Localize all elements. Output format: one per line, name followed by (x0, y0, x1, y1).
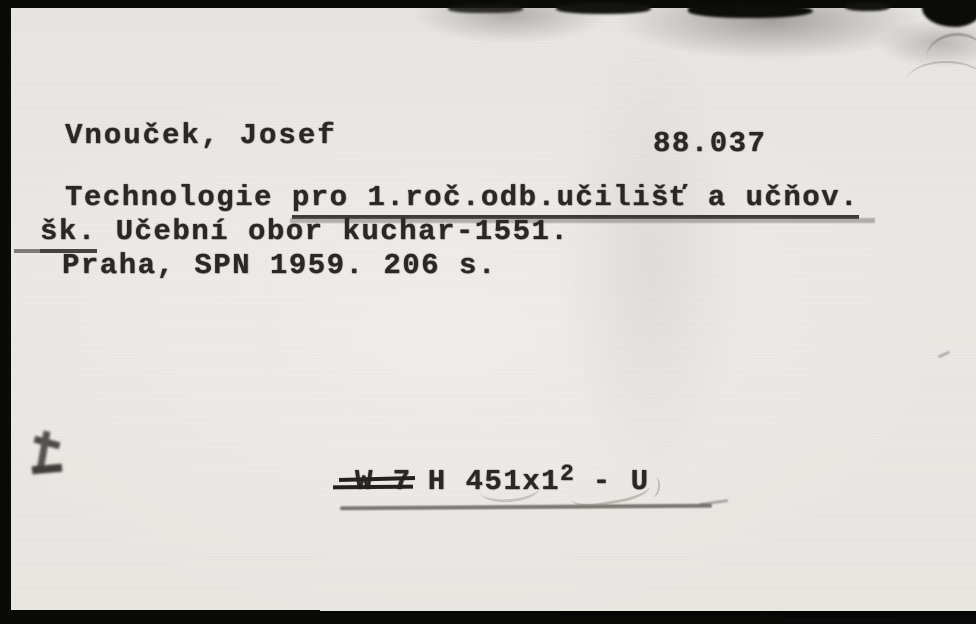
torn-edge-blob (448, 4, 523, 13)
struck-out-note: W 7 (355, 465, 412, 499)
pencil-underline-tail (700, 499, 728, 506)
scan-edge-left (0, 0, 11, 624)
pencil-dash (938, 351, 950, 359)
title-line-2: šk. Učební obor kuchar-1551. (40, 215, 569, 249)
title-underlined-text: pro 1.roč.odb.učilišť a učňov. (292, 181, 859, 219)
imprint-line: Praha, SPN 1959. 206 s. (62, 249, 497, 283)
catalog-card-scan: Vnouček, Josef 88.037 Technologie pro 1.… (0, 0, 976, 624)
torn-edge-blob (556, 3, 651, 14)
title-line-1: Technologie pro 1.roč.odb.učilišť a učňo… (65, 181, 859, 215)
shelf-number: 88.037 (653, 127, 766, 161)
torn-edge-blob (688, 3, 813, 18)
title-continuation-text: Učební obor kuchar-1551. (97, 215, 570, 248)
author-heading: Vnouček, Josef (65, 119, 337, 153)
title-text: Technologie (65, 181, 292, 214)
call-number-exponent: 2 (560, 461, 574, 487)
paper-wrinkle (906, 61, 976, 103)
torn-edge-blob (845, 3, 890, 11)
catalog-card: Vnouček, Josef 88.037 Technologie pro 1.… (10, 7, 976, 611)
ink-smudge (32, 464, 63, 475)
pencil-underline (340, 504, 712, 511)
title-wrap-underlined-text: šk. (40, 215, 97, 253)
